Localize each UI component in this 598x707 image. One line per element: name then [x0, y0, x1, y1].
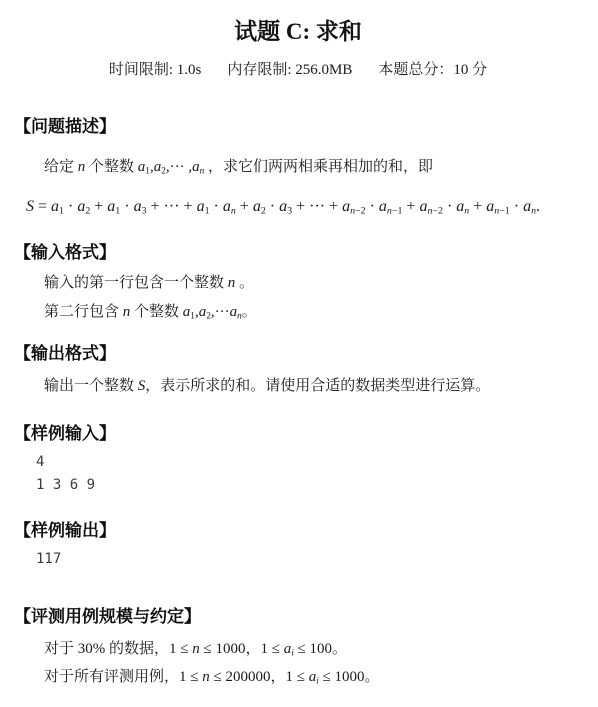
- section-heading-problem-description: 【问题描述】: [8, 116, 588, 138]
- sum-formula: S = a1 · a2 + a1 · a3 + ··· + a1 · an + …: [8, 196, 588, 218]
- input-format-line-1: 输入的第一行包含一个整数 n 。: [8, 272, 588, 294]
- output-format-line-1: 输出一个整数 S，表示所求的和。请使用合适的数据类型进行运算。: [8, 375, 588, 397]
- time-limit-label: 时间限制: 1.0s: [109, 60, 202, 80]
- sample-input-line: 4: [36, 451, 588, 474]
- constraints-line-2: 对于所有评测用例，1 ≤ n ≤ 200000，1 ≤ ai ≤ 1000。: [8, 666, 588, 688]
- input-format-line-2: 第二行包含 n 个整数 a1,a2,···an。: [8, 301, 588, 323]
- page-title: 试题 C: 求和: [8, 16, 588, 48]
- sample-output-block: 117: [8, 548, 588, 571]
- problem-description-text: 给定 n 个整数 a1,a2,··· ,an ，求它们两两相乘再相加的和，即: [8, 156, 588, 178]
- total-score-label: 本题总分：10 分: [378, 60, 487, 80]
- sample-output-line: 117: [36, 548, 588, 571]
- constraints-line-1: 对于 30% 的数据，1 ≤ n ≤ 1000，1 ≤ ai ≤ 100。: [8, 638, 588, 660]
- memory-limit-label: 内存限制: 256.0MB: [227, 60, 352, 80]
- section-heading-output-format: 【输出格式】: [8, 343, 588, 365]
- limits-line: 时间限制: 1.0s 内存限制: 256.0MB 本题总分：10 分: [8, 60, 588, 80]
- section-heading-input-format: 【输入格式】: [8, 242, 588, 264]
- sample-input-block: 4 1 3 6 9: [8, 451, 588, 497]
- section-heading-constraints: 【评测用例规模与约定】: [8, 606, 588, 628]
- problem-statement-page: 试题 C: 求和 时间限制: 1.0s 内存限制: 256.0MB 本题总分：1…: [0, 0, 598, 707]
- section-heading-sample-input: 【样例输入】: [8, 423, 588, 445]
- sample-input-line: 1 3 6 9: [36, 474, 588, 497]
- section-heading-sample-output: 【样例输出】: [8, 520, 588, 542]
